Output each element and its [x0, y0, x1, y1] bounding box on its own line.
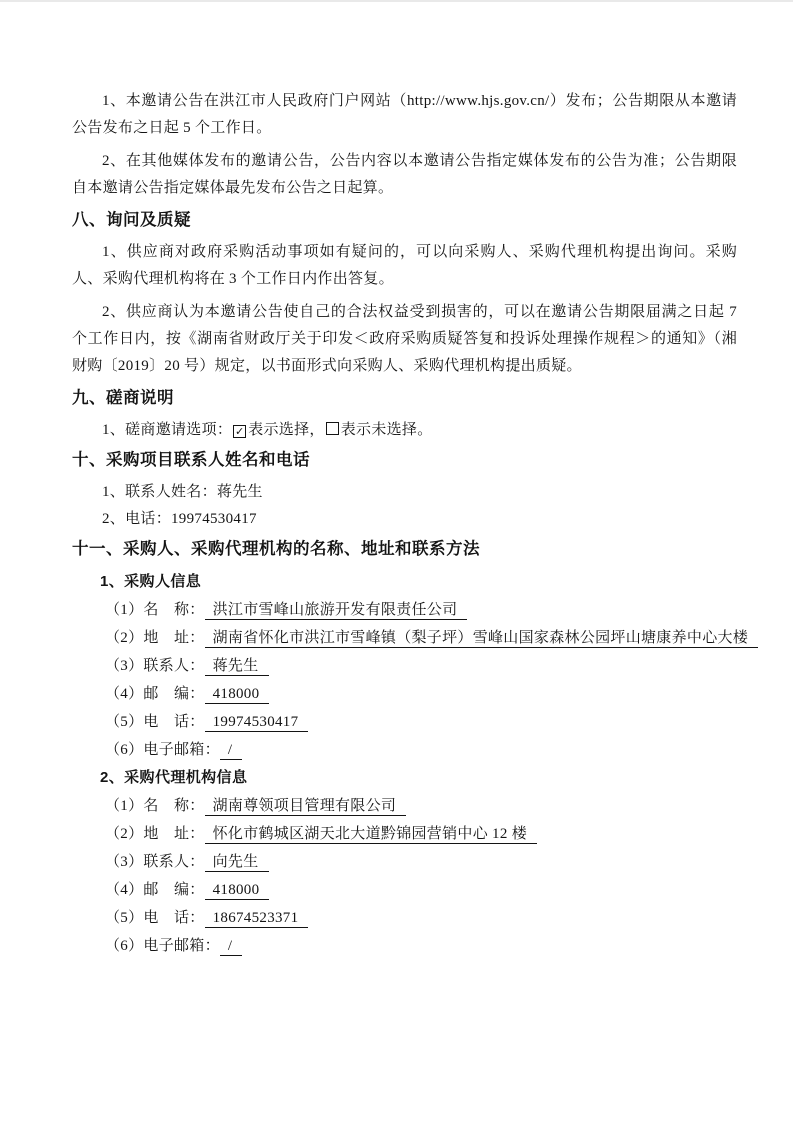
unchecked-checkbox-icon: [326, 422, 339, 435]
checked-option-label: 表示选择，: [248, 422, 325, 438]
section-11-parties-title: 十一、采购人、采购代理机构的名称、地址和联系方法: [72, 537, 737, 562]
purchaser-contact-row: （3）联系人：蒋先生: [72, 652, 737, 680]
section-9-negotiation-title: 九、磋商说明: [72, 386, 737, 411]
agency-postcode-label: （4）邮 编：: [105, 882, 205, 898]
purchaser-address-value: 湖南省怀化市洪江市雪峰镇（梨子坪）雪峰山国家森林公园坪山塘康养中心大楼: [205, 630, 759, 648]
agency-contact-value: 向先生: [205, 854, 269, 872]
agency-address-row: （2）地 址：怀化市鹤城区湖天北大道黔锦园营销中心 12 楼: [72, 820, 737, 848]
inquiry-paragraph-1: 1、供应商对政府采购活动事项如有疑问的，可以向采购人、采购代理机构提出询问。采购…: [72, 239, 737, 293]
purchaser-email-row: （6）电子邮箱：/: [72, 736, 737, 764]
purchaser-phone-row: （5）电 话：19974530417: [72, 708, 737, 736]
agency-address-label: （2）地 址：: [105, 826, 205, 842]
purchaser-phone-value: 19974530417: [205, 714, 309, 732]
purchaser-postcode-label: （4）邮 编：: [105, 686, 205, 702]
negotiation-option-prefix: 1、磋商邀请选项：: [102, 422, 232, 438]
purchaser-address-row: （2）地 址：湖南省怀化市洪江市雪峰镇（梨子坪）雪峰山国家森林公园坪山塘康养中心…: [72, 624, 737, 652]
agency-name-label: （1）名 称：: [105, 798, 205, 814]
negotiation-option-line: 1、磋商邀请选项：✓表示选择，表示未选择。: [72, 417, 737, 444]
agency-email-value: /: [220, 938, 242, 956]
purchaser-name-value: 洪江市雪峰山旅游开发有限责任公司: [205, 602, 468, 620]
contact-phone-line: 2、电话：19974530417: [72, 506, 737, 533]
agency-postcode-value: 418000: [205, 882, 270, 900]
purchaser-name-row: （1）名 称：洪江市雪峰山旅游开发有限责任公司: [72, 596, 737, 624]
agency-info-heading: 2、采购代理机构信息: [72, 764, 737, 792]
inquiry-paragraph-2: 2、供应商认为本邀请公告使自己的合法权益受到损害的，可以在邀请公告期限届满之日起…: [72, 299, 737, 380]
agency-name-value: 湖南尊领项目管理有限公司: [205, 798, 407, 816]
agency-email-row: （6）电子邮箱：/: [72, 932, 737, 960]
agency-phone-label: （5）电 话：: [105, 910, 205, 926]
announcement-publish-paragraph: 1、本邀请公告在洪江市人民政府门户网站（http://www.hjs.gov.c…: [72, 88, 737, 142]
agency-contact-row: （3）联系人：向先生: [72, 848, 737, 876]
checked-checkbox-icon: ✓: [233, 425, 246, 438]
purchaser-postcode-value: 418000: [205, 686, 270, 704]
other-media-paragraph: 2、在其他媒体发布的邀请公告，公告内容以本邀请公告指定媒体发布的公告为准；公告期…: [72, 148, 737, 202]
purchaser-address-label: （2）地 址：: [105, 630, 205, 646]
contact-name-line: 1、联系人姓名：蒋先生: [72, 479, 737, 506]
agency-email-label: （6）电子邮箱：: [105, 938, 220, 954]
agency-phone-value: 18674523371: [205, 910, 309, 928]
purchaser-name-label: （1）名 称：: [105, 602, 205, 618]
agency-phone-row: （5）电 话：18674523371: [72, 904, 737, 932]
document-content: 1、本邀请公告在洪江市人民政府门户网站（http://www.hjs.gov.c…: [0, 2, 793, 960]
unchecked-option-label: 表示未选择。: [341, 422, 433, 438]
agency-contact-label: （3）联系人：: [105, 854, 205, 870]
agency-name-row: （1）名 称：湖南尊领项目管理有限公司: [72, 792, 737, 820]
document-page: 1、本邀请公告在洪江市人民政府门户网站（http://www.hjs.gov.c…: [0, 0, 793, 1122]
agency-address-value: 怀化市鹤城区湖天北大道黔锦园营销中心 12 楼: [205, 826, 537, 844]
purchaser-postcode-row: （4）邮 编：418000: [72, 680, 737, 708]
section-10-contact-title: 十、采购项目联系人姓名和电话: [72, 448, 737, 473]
agency-postcode-row: （4）邮 编：418000: [72, 876, 737, 904]
section-8-inquiry-title: 八、询问及质疑: [72, 208, 737, 233]
purchaser-email-value: /: [220, 742, 242, 760]
purchaser-email-label: （6）电子邮箱：: [105, 742, 220, 758]
purchaser-contact-label: （3）联系人：: [105, 658, 205, 674]
purchaser-phone-label: （5）电 话：: [105, 714, 205, 730]
purchaser-contact-value: 蒋先生: [205, 658, 269, 676]
purchaser-info-heading: 1、采购人信息: [72, 568, 737, 596]
